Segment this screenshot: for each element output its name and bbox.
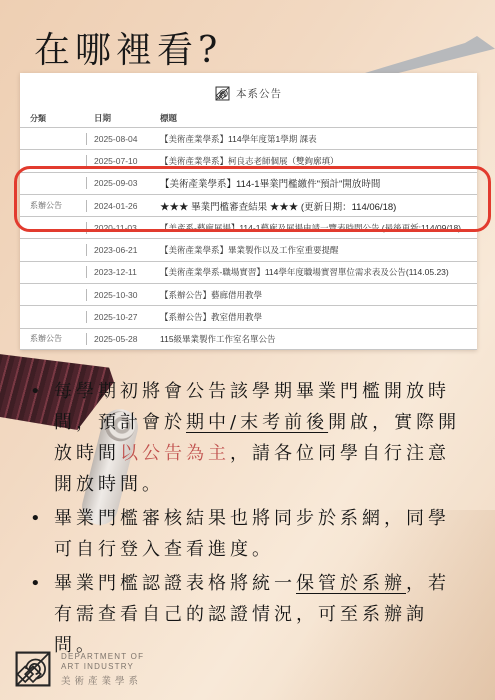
date-cell: 2024-01-26 [94,201,152,211]
date-divider [86,289,87,301]
note-text-segment: 保管於系辦 [296,573,406,594]
department-logo-icon [215,86,230,101]
announcement-link[interactable]: 【美術產業學系-職場實習】114學年度職場實習單位需求表及公告(114.05.2… [160,266,477,278]
announcement-link[interactable]: 115級畢業製作工作室名單公告 [160,333,477,345]
table-header-row: 分類 日期 標題 [20,109,477,127]
table-row: 2025-09-03【美術產業學系】114-1畢業門檻繳件"預計"開放時間 [20,172,477,194]
note-text-segment: 期中/末考前後 [186,412,328,433]
announcement-link[interactable]: 【系辦公告】教室借用教學 [160,311,477,323]
date-divider [86,266,87,278]
announcement-link[interactable]: 【美術產業學系】114學年度第1學期 課表 [160,133,477,145]
date-cell: 2025-09-03 [94,178,152,188]
table-row: 系辦公告2025-05-28115級畢業製作工作室名單公告 [20,328,477,350]
note-bullet: •畢業門檻認證表格將統一保管於系辦，若有需查看自己的認證情況，可至系辦詢問。 [30,568,480,661]
bullet-dot: • [30,376,54,500]
note-text-segment: 畢業門檻審核結果也將同步於系網，同學可自行登入查看進度。 [54,508,450,560]
table-row: 2025-10-30【系辦公告】藝廊借用教學 [20,283,477,305]
date-cell: 2025-08-04 [94,134,152,144]
date-cell: 2023-12-11 [94,267,152,277]
brand-name-zh: 美術產業學系 [61,673,144,687]
date-cell: 2020-11-03 [94,223,152,233]
announcement-panel: 本系公告 分類 日期 標題 2025-08-04【美術產業學系】114學年度第1… [20,73,477,350]
table-row: 2023-06-21【美術產業學系】畢業製作以及工作室重要提醒 [20,238,477,260]
announcement-table: 分類 日期 標題 2025-08-04【美術產業學系】114學年度第1學期 課表… [20,109,477,350]
note-text: 每學期初將會公告該學期畢業門檻開放時間，預計會於期中/末考前後開啟，實際開放時間… [54,376,462,500]
table-row: 2025-10-27【系辦公告】教室借用教學 [20,305,477,327]
announcement-link[interactable]: 【美術產業學系】柯良志老師個展（雙鉤廓填） [160,155,477,167]
table-row: 系辦公告2024-01-26★★★ 畢業門檻審查結果 ★★★ (更新日期：114… [20,194,477,216]
date-cell: 2025-10-30 [94,290,152,300]
date-divider [86,222,87,234]
date-divider [86,333,87,345]
date-cell: 2023-06-21 [94,245,152,255]
table-row: 2023-12-11【美術產業學系-職場實習】114學年度職場實習單位需求表及公… [20,261,477,283]
date-divider [86,200,87,212]
date-divider [86,311,87,323]
announcement-link[interactable]: 【美產系-藝廊展場】114-1藝廊及展場申請一覽表時間公告 (最後更新:114/… [160,222,477,234]
panel-title: 本系公告 [236,86,282,101]
slide: 在哪裡看? 本系公告 分類 日期 標題 2025-08-04【美術產業學系】11… [0,0,495,700]
note-text-segment: 以公告為主 [120,443,230,464]
note-bullet: •畢業門檻審核結果也將同步於系網，同學可自行登入查看進度。 [30,503,480,565]
date-divider [86,177,87,189]
category-cell: 系辦公告 [20,333,86,344]
table-row: 2020-11-03【美產系-藝廊展場】114-1藝廊及展場申請一覽表時間公告 … [20,216,477,238]
slide-title: 在哪裡看? [34,22,222,73]
column-header-category: 分類 [20,113,86,124]
category-cell: 系辦公告 [20,200,86,211]
date-divider [86,244,87,256]
date-divider [86,133,87,145]
date-cell: 2025-07-10 [94,156,152,166]
column-header-title: 標題 [160,112,477,124]
announcement-link[interactable]: ★★★ 畢業門檻審查結果 ★★★ (更新日期：114/06/18) [160,199,477,213]
notes-list: •每學期初將會公告該學期畢業門檻開放時間，預計會於期中/末考前後開啟，實際開放時… [30,376,480,664]
date-cell: 2025-10-27 [94,312,152,322]
column-header-date: 日期 [94,112,152,124]
note-text: 畢業門檻審核結果也將同步於系網，同學可自行登入查看進度。 [54,503,462,565]
bullet-dot: • [30,503,54,565]
announcement-table-body: 2025-08-04【美術產業學系】114學年度第1學期 課表2025-07-1… [20,127,477,350]
note-text: 畢業門檻認證表格將統一保管於系辦，若有需查看自己的認證情況，可至系辦詢問。 [54,568,462,661]
table-row: 2025-08-04【美術產業學系】114學年度第1學期 課表 [20,127,477,149]
announcement-link[interactable]: 【美術產業學系】畢業製作以及工作室重要提醒 [160,244,477,256]
note-bullet: •每學期初將會公告該學期畢業門檻開放時間，預計會於期中/末考前後開啟，實際開放時… [30,376,480,500]
table-row: 2025-07-10【美術產業學系】柯良志老師個展（雙鉤廓填） [20,149,477,171]
date-cell: 2025-05-28 [94,334,152,344]
panel-header: 本系公告 [20,73,477,104]
note-text-segment: 畢業門檻認證表格將統一 [54,573,296,594]
announcement-link[interactable]: 【美術產業學系】114-1畢業門檻繳件"預計"開放時間 [160,176,477,190]
date-divider [86,155,87,167]
bullet-dot: • [30,568,54,661]
announcement-link[interactable]: 【系辦公告】藝廊借用教學 [160,289,477,301]
